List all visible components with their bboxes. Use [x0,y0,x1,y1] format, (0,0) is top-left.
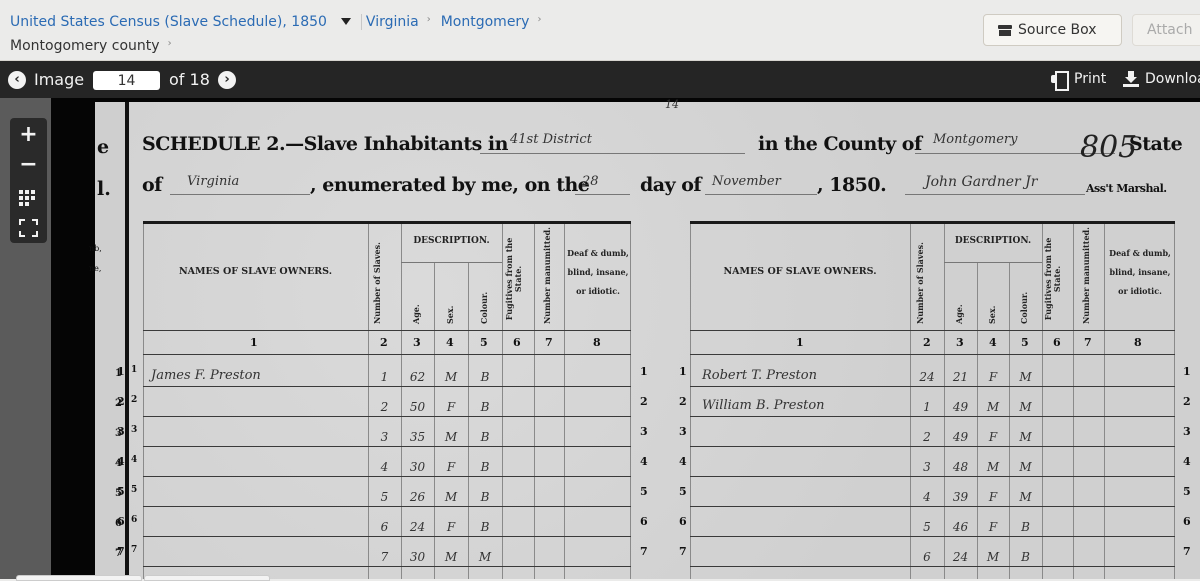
chevron-right-icon: › [224,72,229,87]
column-number: 8 [1134,336,1142,349]
row-rule [143,566,631,567]
table-rule [143,224,144,579]
row-number: 1 [640,365,648,378]
image-count: of 18 [169,70,210,89]
sex-cell: M [977,550,1009,564]
previous-page-edge: e l. nb, ne, 1 2 3 4 5 6 7 [95,102,128,579]
row-number: 3 [679,425,687,438]
row-number: 4 [1183,455,1191,468]
archive-box-icon [998,25,1012,36]
row-rule [690,386,1175,387]
row-number: 3 [117,425,125,438]
row-rule [690,506,1175,507]
sex-cell: M [434,370,468,384]
header-deaf-dumb: Deaf & dumb, blind, insane, or idiotic. [567,244,629,301]
column-number: 3 [956,336,964,349]
age-cell: 49 [944,430,977,444]
sex-cell: M [434,490,468,504]
colour-cell: B [468,520,502,534]
month-handwritten: November [712,174,781,189]
day-of-label: day of [640,174,701,196]
header-names: NAMES OF SLAVE OWNERS. [143,266,368,277]
column-number: 6 [513,336,521,349]
row-number: 7 [117,545,125,558]
number-cell: 1 [368,370,401,384]
row-rule [143,416,631,417]
row-number: 7 [1183,545,1191,558]
attach-button[interactable]: Attach [1132,14,1200,46]
row-rule [690,476,1175,477]
enumerated-label: , enumerated by me, on the [310,174,589,196]
image-number-input[interactable] [93,71,160,90]
zoom-controls: + − [10,118,47,243]
row-number: 4 [131,455,137,465]
number-cell: 3 [368,430,401,444]
colour-cell: B [468,370,502,384]
breadcrumb-collection-link[interactable]: United States Census (Slave Schedule), 1… [10,14,327,30]
sex-cell: M [977,460,1009,474]
row-number: 5 [640,485,648,498]
header-deaf-dumb: Deaf & dumb, blind, insane, or idiotic. [1107,244,1173,301]
county-handwritten: Montgomery [933,132,1017,147]
row-number: 4 [640,455,648,468]
chevron-right-icon: › [427,14,431,25]
row-number: 6 [131,515,137,525]
row-rule [143,476,631,477]
colour-cell: M [1009,430,1042,444]
row-rule [143,446,631,447]
chevron-right-icon: › [537,14,541,25]
column-number: 1 [796,336,804,349]
row-number: 5 [679,485,687,498]
number-cell: 7 [368,550,401,564]
column-number: 2 [380,336,388,349]
fullscreen-button[interactable] [10,212,47,242]
table-rule [564,224,565,579]
right-slave-table: NAMES OF SLAVE OWNERS. Number of Slaves.… [690,221,1175,224]
record-header: United States Census (Slave Schedule), 1… [0,0,1200,61]
census-page-image[interactable]: e l. nb, ne, 1 2 3 4 5 6 7 14 SCHEDULE 2… [95,102,1200,579]
row-number: 6 [640,515,648,528]
attach-label: Attach [1147,22,1192,38]
colour-cell: B [468,460,502,474]
table-rule [690,354,1175,355]
state-handwritten: Virginia [187,174,239,189]
row-number: 3 [640,425,648,438]
source-box-label: Source Box [1018,22,1097,38]
row-number: 5 [1183,485,1191,498]
header-description: DESCRIPTION. [944,236,1042,246]
district-handwritten: 41st District [510,132,592,147]
image-viewer[interactable]: e l. nb, ne, 1 2 3 4 5 6 7 14 SCHEDULE 2… [0,98,1200,579]
bottom-panel-tab[interactable] [16,575,142,579]
column-number: 1 [250,336,258,349]
column-number: 5 [480,336,488,349]
header-age: Age. [955,304,964,324]
age-cell: 39 [944,490,977,504]
next-image-button[interactable]: › [218,71,236,89]
owner-name-cell: Robert T. Preston [702,368,907,383]
sex-cell: M [977,400,1009,414]
colour-cell: M [1009,400,1042,414]
row-number: 2 [131,395,137,405]
row-rule [143,506,631,507]
header-names: NAMES OF SLAVE OWNERS. [690,266,910,277]
printer-icon [1051,71,1069,87]
header-number-of-slaves: Number of Slaves. [916,242,925,324]
number-cell: 5 [368,490,401,504]
download-label: Download [1145,71,1200,87]
age-cell: 46 [944,520,977,534]
column-number: 4 [989,336,997,349]
row-number: 7 [679,545,687,558]
table-rule [401,262,502,263]
row-number: 3 [131,425,137,435]
page-stamp: 14 [665,98,679,111]
row-number: 3 [1183,425,1191,438]
colour-cell: B [468,490,502,504]
chevron-right-icon: › [168,38,172,49]
age-cell: 50 [401,400,434,414]
owner-name-cell: William B. Preston [702,398,907,413]
image-label: Image [34,70,84,89]
column-number: 2 [923,336,931,349]
day-handwritten: 28 [582,174,599,189]
colour-cell: M [468,550,502,564]
table-rule [630,224,631,579]
age-cell: 49 [944,400,977,414]
age-cell: 62 [401,370,434,384]
row-number: 7 [131,545,137,555]
county-label: in the County of [758,133,922,155]
of-label: of [142,174,162,196]
header-sex: Sex. [446,306,455,324]
column-number: 3 [413,336,421,349]
row-number: 7 [640,545,648,558]
table-rule [690,224,691,579]
breadcrumb-state-link[interactable]: Virginia [366,14,419,30]
number-cell: 2 [910,430,944,444]
row-number: 1 [1183,365,1191,378]
header-description: DESCRIPTION. [401,236,502,246]
breadcrumb-divider [361,14,362,30]
column-number: 6 [1053,336,1061,349]
year-label: , 1850. [817,174,886,196]
chevron-left-icon: ‹ [14,72,19,87]
column-number: 7 [545,336,553,349]
breadcrumb-district[interactable]: Montogomery county [10,38,160,54]
row-rule [690,566,1175,567]
colour-cell: M [1009,370,1042,384]
number-cell: 4 [910,490,944,504]
row-number: 1 [117,365,125,378]
colour-cell: B [1009,520,1042,534]
column-number: 4 [446,336,454,349]
colour-cell: M [1009,490,1042,504]
colour-cell: B [1009,550,1042,564]
plus-icon: + [19,122,37,147]
row-number: 1 [131,365,137,375]
age-cell: 24 [401,520,434,534]
sex-cell: M [434,430,468,444]
header-fugitives: Fugitives from the State. [1044,234,1062,324]
sex-cell: F [977,490,1009,504]
page-number-handwritten: 805 [1080,130,1137,165]
table-rule [143,354,631,355]
table-rule [944,262,1042,263]
table-rule [1104,224,1105,579]
age-cell: 30 [401,550,434,564]
sex-cell: F [434,520,468,534]
age-cell: 30 [401,460,434,474]
row-rule [690,536,1175,537]
table-rule [1073,224,1074,579]
marshal-label: Ass't Marshal. [1086,182,1167,195]
column-number: 7 [1084,336,1092,349]
row-number: 5 [117,485,125,498]
column-number: 5 [1021,336,1029,349]
header-colour: Colour. [1020,292,1029,324]
header-age: Age. [412,304,421,324]
row-number: 5 [131,485,137,495]
row-number: 6 [117,515,125,528]
breadcrumb: United States Census (Slave Schedule), 1… [10,12,610,58]
bottom-panel-tab[interactable] [144,575,270,579]
number-cell: 5 [910,520,944,534]
gallery-view-button[interactable] [10,182,47,212]
row-rule [690,446,1175,447]
row-number: 2 [679,395,687,408]
row-number: 2 [117,395,125,408]
number-cell: 3 [910,460,944,474]
sex-cell: F [434,460,468,474]
source-box-button[interactable]: Source Box [983,14,1122,46]
table-rule [1174,224,1175,579]
row-number: 6 [679,515,687,528]
age-cell: 26 [401,490,434,504]
page-binding-line [125,102,129,579]
collection-dropdown-icon[interactable] [341,18,351,25]
row-rule [143,536,631,537]
zoom-in-button[interactable]: + [10,122,47,152]
image-viewer-toolbar: ‹ Image of 18 › Print Download [0,61,1200,98]
state-fill-line [170,194,310,195]
sex-cell: F [977,430,1009,444]
print-label: Print [1074,71,1106,87]
header-number-of-slaves: Number of Slaves. [373,242,382,324]
row-number: 2 [1183,395,1191,408]
row-number: 6 [1183,515,1191,528]
colour-cell: B [468,400,502,414]
age-cell: 48 [944,460,977,474]
sex-cell: M [434,550,468,564]
district-fill-line [480,153,745,154]
sex-cell: F [977,520,1009,534]
number-cell: 2 [368,400,401,414]
table-rule [534,224,535,579]
header-manumitted: Number manumitted. [543,227,552,324]
row-number: 4 [117,455,125,468]
sex-cell: F [434,400,468,414]
number-cell: 24 [910,370,944,384]
download-button[interactable]: Download [1123,71,1200,87]
month-fill-line [705,194,817,195]
number-cell: 4 [368,460,401,474]
number-cell: 6 [910,550,944,564]
header-sex: Sex. [988,306,997,324]
row-number: 1 [679,365,687,378]
previous-image-button[interactable]: ‹ [8,71,26,89]
breadcrumb-county-link[interactable]: Montgomery [441,14,530,30]
sex-cell: F [977,370,1009,384]
table-rule [502,224,503,579]
age-cell: 35 [401,430,434,444]
marshal-fill-line [905,194,1085,195]
download-icon [1123,71,1139,87]
print-button[interactable]: Print [1051,71,1106,87]
age-cell: 24 [944,550,977,564]
number-cell: 6 [368,520,401,534]
column-number: 8 [593,336,601,349]
row-number: 4 [679,455,687,468]
minus-icon: − [19,152,37,177]
header-colour: Colour. [480,292,489,324]
table-rule [690,330,1175,331]
left-slave-table: NAMES OF SLAVE OWNERS. Number of Slaves.… [143,221,631,224]
header-manumitted: Number manumitted. [1082,227,1091,324]
row-number: 2 [640,395,648,408]
age-cell: 21 [944,370,977,384]
schedule-title: SCHEDULE 2.—Slave Inhabitants in [142,133,508,155]
table-rule [143,330,631,331]
header-fugitives: Fugitives from the State. [505,234,523,324]
owner-name-cell: James F. Preston [151,368,366,383]
row-rule [690,416,1175,417]
zoom-out-button[interactable]: − [10,152,47,182]
number-cell: 1 [910,400,944,414]
day-fill-line [575,194,630,195]
colour-cell: B [468,430,502,444]
colour-cell: M [1009,460,1042,474]
marshal-handwritten: John Gardner Jr [925,174,1037,190]
row-rule [143,386,631,387]
